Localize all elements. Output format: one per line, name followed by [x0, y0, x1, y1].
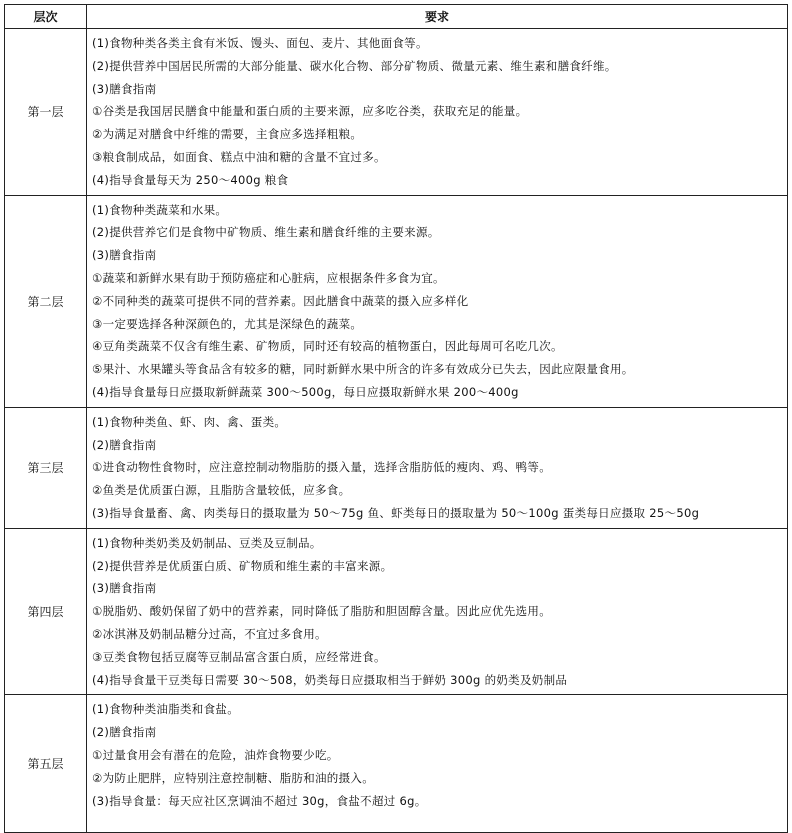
table-row: 第一层 (1)食物种类各类主食有米饭、馒头、面包、麦片、其他面食等。 (2)提供… [5, 29, 788, 196]
requirement-line: ②冰淇淋及奶制品糖分过高，不宜过多食用。 [92, 623, 787, 646]
requirement-line: ①进食动物性食物时，应注意控制动物脂肪的摄入量，选择含脂肪低的瘦肉、鸡、鸭等。 [92, 456, 787, 479]
requirements-cell: (1)食物种类油脂类和食盐。 (2)膳食指南 ①过量食用会有潜在的危险，油炸食物… [87, 695, 788, 814]
requirement-line: (2)膳食指南 [92, 721, 787, 744]
level-cell: 第二层 [5, 195, 87, 407]
requirement-line: (2)提供营养是优质蛋白质、矿物质和维生素的丰富来源。 [92, 555, 787, 578]
requirements-cell: (1)食物种类奶类及奶制品、豆类及豆制品。 (2)提供营养是优质蛋白质、矿物质和… [87, 528, 788, 695]
requirement-line: ①脱脂奶、酸奶保留了奶中的营养素，同时降低了脂肪和胆固醇含量。因此应优先选用。 [92, 600, 787, 623]
requirement-line: (2)提供营养它们是食物中矿物质、维生素和膳食纤维的主要来源。 [92, 221, 787, 244]
requirement-line: (3)膳食指南 [92, 78, 787, 101]
table-row: 第三层 (1)食物种类鱼、虾、肉、禽、蛋类。 (2)膳食指南 ①进食动物性食物时… [5, 407, 788, 528]
requirement-line: ②鱼类是优质蛋白源，且脂肪含量较低，应多食。 [92, 479, 787, 502]
requirement-line: (1)食物种类各类主食有米饭、馒头、面包、麦片、其他面食等。 [92, 32, 787, 55]
requirement-line: (1)食物种类鱼、虾、肉、禽、蛋类。 [92, 411, 787, 434]
requirement-line: ①谷类是我国居民膳食中能量和蛋白质的主要来源，应多吃谷类，获取充足的能量。 [92, 100, 787, 123]
requirement-line: (1)食物种类奶类及奶制品、豆类及豆制品。 [92, 532, 787, 555]
level-cell: 第五层 [5, 695, 87, 814]
table-header-row: 层次 要求 [5, 5, 788, 29]
requirement-line: ②为满足对膳食中纤维的需要，主食应多选择粗粮。 [92, 123, 787, 146]
requirement-line: ④豆角类蔬菜不仅含有维生素、矿物质，同时还有较高的植物蛋白，因此每周可名吃几次。 [92, 335, 787, 358]
requirement-line: (3)指导食量畜、禽、肉类每日的摄取量为 50～75g 鱼、虾类每日的摄取量为 … [92, 502, 787, 525]
requirement-line: ①蔬菜和新鲜水果有助于预防癌症和心脏病，应根据条件多食为宜。 [92, 267, 787, 290]
header-requirements: 要求 [87, 5, 788, 29]
requirement-line: (2)膳食指南 [92, 434, 787, 457]
requirement-line: (2)提供营养中国居民所需的大部分能量、碳水化合物、部分矿物质、微量元素、维生素… [92, 55, 787, 78]
table-row: 第二层 (1)食物种类蔬菜和水果。 (2)提供营养它们是食物中矿物质、维生素和膳… [5, 195, 788, 407]
level-cell: 第一层 [5, 29, 87, 196]
level-cell: 第三层 [5, 407, 87, 528]
requirement-line: ③粮食制成品，如面食、糕点中油和糖的含量不宜过多。 [92, 146, 787, 169]
table-row: 第四层 (1)食物种类奶类及奶制品、豆类及豆制品。 (2)提供营养是优质蛋白质、… [5, 528, 788, 695]
dietary-pyramid-table: 层次 要求 第一层 (1)食物种类各类主食有米饭、馒头、面包、麦片、其他面食等。… [4, 4, 788, 814]
requirements-cell: (1)食物种类各类主食有米饭、馒头、面包、麦片、其他面食等。 (2)提供营养中国… [87, 29, 788, 196]
requirement-line: ②为防止肥胖，应特别注意控制糖、脂肪和油的摄入。 [92, 767, 787, 790]
requirement-line: (1)食物种类蔬菜和水果。 [92, 199, 787, 222]
requirement-line: ②不同种类的蔬菜可提供不同的营养素。因此膳食中蔬菜的摄入应多样化 [92, 290, 787, 313]
requirement-line: (3)膳食指南 [92, 244, 787, 267]
header-level: 层次 [5, 5, 87, 29]
requirement-line: (4)指导食量每日应摄取新鲜蔬菜 300～500g，每日应摄取新鲜水果 200～… [92, 381, 787, 404]
requirement-line: ①过量食用会有潜在的危险，油炸食物要少吃。 [92, 744, 787, 767]
requirement-line: ③豆类食物包括豆腐等豆制品富含蛋白质，应经常进食。 [92, 646, 787, 669]
requirement-line: ③一定要选择各种深颜色的，尤其是深绿色的蔬菜。 [92, 313, 787, 336]
requirements-cell: (1)食物种类蔬菜和水果。 (2)提供营养它们是食物中矿物质、维生素和膳食纤维的… [87, 195, 788, 407]
level-cell: 第四层 [5, 528, 87, 695]
requirement-line: (4)指导食量每天为 250～400g 粮食 [92, 169, 787, 192]
requirement-line: (3)膳食指南 [92, 577, 787, 600]
requirements-cell: (1)食物种类鱼、虾、肉、禽、蛋类。 (2)膳食指南 ①进食动物性食物时，应注意… [87, 407, 788, 528]
requirement-line: (1)食物种类油脂类和食盐。 [92, 698, 787, 721]
requirement-line: ⑤果汁、水果罐头等食品含有较多的糖，同时新鲜水果中所含的许多有效成分已失去，因此… [92, 358, 787, 381]
requirement-line: (3)指导食量：每天应社区烹调油不超过 30g，食盐不超过 6g。 [92, 790, 787, 813]
table-row: 第五层 (1)食物种类油脂类和食盐。 (2)膳食指南 ①过量食用会有潜在的危险，… [5, 695, 788, 814]
requirement-line: (4)指导食量干豆类每日需要 30～508，奶类每日应摄取相当于鲜奶 300g … [92, 669, 787, 692]
